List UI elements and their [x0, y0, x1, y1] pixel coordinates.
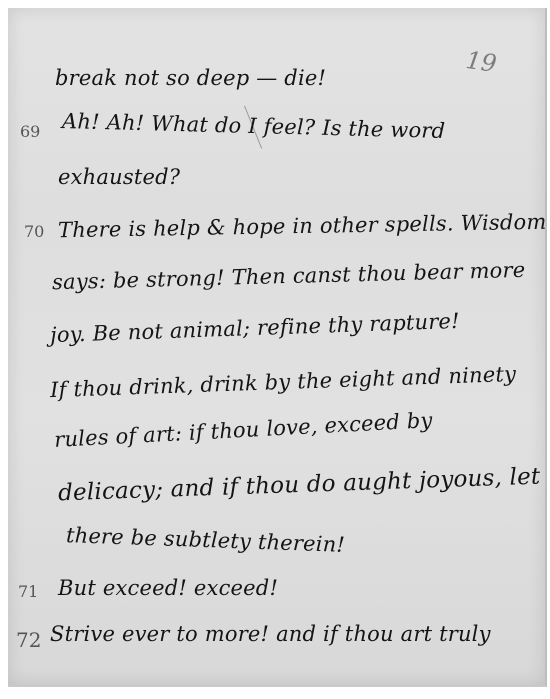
verse-number: 69 [20, 122, 40, 141]
manuscript-line: But exceed! exceed! [58, 576, 278, 600]
verse-number: 70 [24, 222, 44, 241]
verse-number: 72 [16, 628, 41, 652]
manuscript-line: Strive ever to more! and if thou art tru… [50, 622, 491, 646]
page-number: 19 [464, 46, 498, 78]
manuscript-line: break not so deep — die! [55, 66, 326, 90]
verse-number: 71 [18, 582, 38, 601]
manuscript-line: exhausted? [58, 165, 180, 189]
